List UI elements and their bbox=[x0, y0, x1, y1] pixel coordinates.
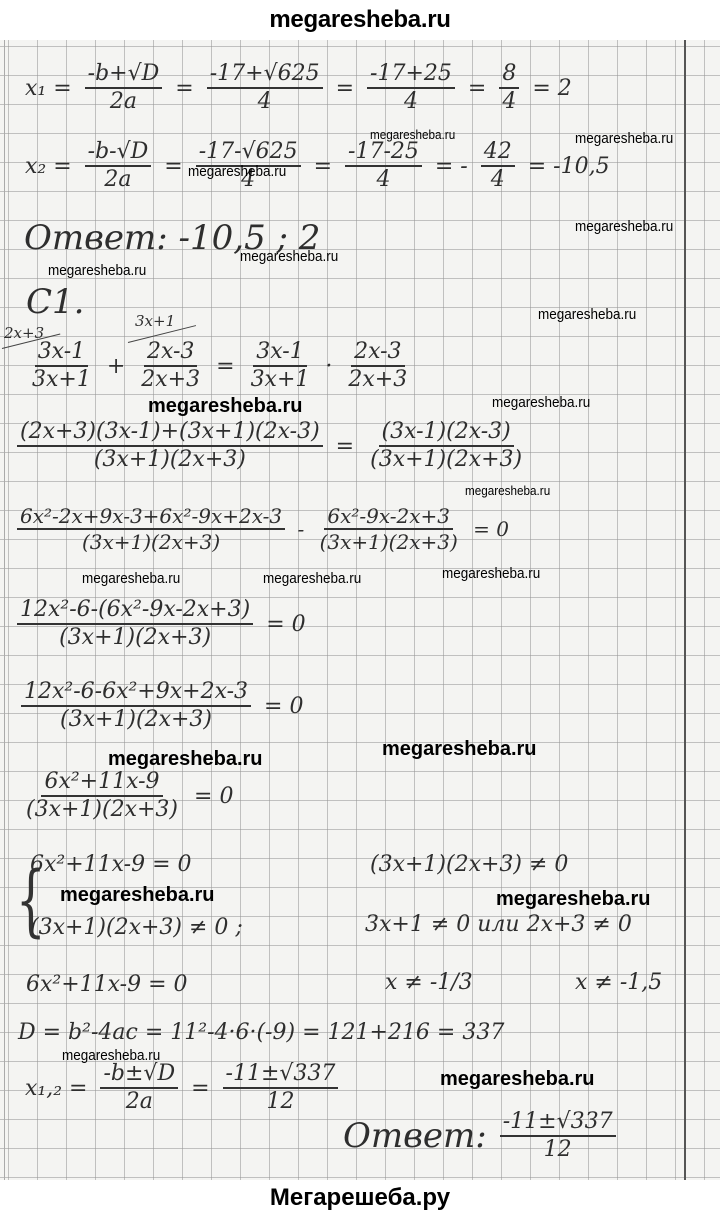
expanded-product-fraction: 6x²-9x-2x+3(3x+1)(2x+3) bbox=[317, 505, 461, 553]
watermark: megaresheba.ru bbox=[440, 1068, 595, 1091]
num: 2x-3 bbox=[351, 340, 404, 367]
step-5-equation: 12x²-6-6x²+9x+2x-3(3x+1)(2x+3) = 0 bbox=[18, 680, 306, 732]
domain-line-2: 3x+1 ≠ 0 или 2x+3 ≠ 0 bbox=[365, 912, 632, 937]
system-line-2: (3x+1)(2x+3) ≠ 0 ; bbox=[30, 915, 243, 940]
domain-line-1: (3x+1)(2x+3) ≠ 0 bbox=[370, 852, 568, 877]
equals-zero: = 0 bbox=[264, 694, 303, 719]
equals: = - bbox=[435, 154, 468, 179]
num: -11±√337 bbox=[223, 1062, 339, 1089]
answer-label: Ответ: bbox=[343, 1116, 487, 1156]
x1-formula-fraction: -b+√D2a bbox=[85, 62, 163, 114]
num: 6x²-9x-2x+3 bbox=[324, 505, 453, 530]
site-header-watermark: megaresheba.ru bbox=[0, 0, 720, 40]
combined-fraction: (2x+3)(3x-1)+(3x+1)(2x-3)(3x+1)(2x+3) bbox=[17, 420, 323, 472]
den: 2x+3 bbox=[345, 367, 410, 392]
den: 2a bbox=[107, 89, 140, 114]
site-footer-watermark: Мегарешеба.ру bbox=[0, 1180, 720, 1216]
x2-result: = -10,5 bbox=[528, 154, 610, 179]
den: (3x+1)(2x+3) bbox=[367, 447, 525, 472]
num: 2x-3 bbox=[144, 340, 197, 367]
domain-exclusion-2: x ≠ -1,5 bbox=[575, 970, 662, 995]
watermark: megaresheba.ru bbox=[370, 127, 455, 142]
equals: = bbox=[336, 434, 354, 459]
x2-formula-fraction: -b-√D2a bbox=[85, 140, 152, 192]
num: 12x²-6-(6x²-9x-2x+3) bbox=[17, 598, 253, 625]
x1-simple-fraction: 84 bbox=[499, 62, 519, 114]
fraction-b: 2x-32x+3 bbox=[138, 340, 203, 392]
watermark: megaresheba.ru bbox=[492, 394, 590, 411]
watermark: megaresheba.ru bbox=[240, 248, 338, 265]
step-2-equation: (2x+3)(3x-1)+(3x+1)(2x-3)(3x+1)(2x+3) = … bbox=[14, 420, 528, 472]
equals-zero: = 0 bbox=[473, 517, 509, 541]
step-4-equation: 12x²-6-(6x²-9x-2x+3)(3x+1)(2x+3) = 0 bbox=[14, 598, 309, 650]
x1-equation: x₁ = -b+√D2a = -17+√6254 = -17+254 = 84 … bbox=[22, 62, 575, 114]
num: 3x-1 bbox=[35, 340, 88, 367]
discriminant-line: D = b²-4ac = 11²-4·6·(-9) = 121+216 = 33… bbox=[18, 1020, 504, 1045]
num: -b±√D bbox=[100, 1062, 178, 1089]
product-fraction: (3x-1)(2x-3)(3x+1)(2x+3) bbox=[367, 420, 525, 472]
num: -17-25 bbox=[345, 140, 422, 167]
watermark: megaresheba.ru bbox=[465, 483, 550, 498]
den: 3x+1 bbox=[29, 367, 94, 392]
equals-zero: = 0 bbox=[194, 784, 233, 809]
den: (3x+1)(2x+3) bbox=[317, 530, 461, 553]
watermark: megaresheba.ru bbox=[496, 888, 651, 911]
watermark: megaresheba.ru bbox=[82, 570, 180, 587]
domain-exclusion-1: x ≠ -1/3 bbox=[385, 970, 473, 995]
den: (3x+1)(2x+3) bbox=[91, 447, 249, 472]
den: 4 bbox=[373, 167, 393, 192]
num: -b+√D bbox=[85, 62, 163, 89]
fraction-c: 3x-13x+1 bbox=[248, 340, 313, 392]
task-label: С1. bbox=[26, 282, 84, 322]
expanded-fraction: 6x²-2x+9x-3+6x²-9x+2x-3(3x+1)(2x+3) bbox=[17, 505, 285, 553]
num: 42 bbox=[481, 140, 515, 167]
multiplier-hint-right: 3x+1 bbox=[135, 312, 175, 330]
answer-fraction: -11±√33712 bbox=[500, 1110, 616, 1162]
roots-lhs: x₁,₂ = bbox=[25, 1076, 87, 1101]
times-sign: · bbox=[325, 354, 332, 379]
quadratic-equation: 6x²+11x-9 = 0 bbox=[26, 972, 188, 997]
equals-zero: = 0 bbox=[266, 612, 305, 637]
den: 3x+1 bbox=[248, 367, 313, 392]
den: (3x+1)(2x+3) bbox=[23, 797, 181, 822]
roots-equation: x₁,₂ = -b±√D2a = -11±√33712 bbox=[22, 1062, 341, 1114]
fraction: 12x²-6-(6x²-9x-2x+3)(3x+1)(2x+3) bbox=[17, 598, 253, 650]
watermark: megaresheba.ru bbox=[148, 395, 303, 418]
num: 3x-1 bbox=[253, 340, 306, 367]
num: (3x-1)(2x-3) bbox=[379, 420, 514, 447]
watermark: megaresheba.ru bbox=[188, 163, 286, 180]
num: -b-√D bbox=[85, 140, 152, 167]
x2-lhs: x₂ = bbox=[25, 154, 72, 179]
den: (3x+1)(2x+3) bbox=[56, 625, 214, 650]
num: (2x+3)(3x-1)+(3x+1)(2x-3) bbox=[17, 420, 323, 447]
fraction-a: 3x-13x+1 bbox=[29, 340, 94, 392]
watermark: megaresheba.ru bbox=[108, 748, 263, 771]
system-line-1: 6x²+11x-9 = 0 bbox=[30, 852, 192, 877]
x2-simple-fraction: 424 bbox=[481, 140, 515, 192]
num: 8 bbox=[499, 62, 519, 89]
watermark: megaresheba.ru bbox=[60, 884, 215, 907]
watermark: megaresheba.ru bbox=[382, 738, 537, 761]
x1-sub-fraction: -17+√6254 bbox=[207, 62, 323, 114]
watermark: megaresheba.ru bbox=[263, 570, 361, 587]
fraction-d: 2x-32x+3 bbox=[345, 340, 410, 392]
paper-left-edge bbox=[4, 40, 5, 1180]
step-1-equation: 3x-13x+1 + 2x-32x+3 = 3x-13x+1 · 2x-32x+… bbox=[26, 340, 413, 392]
den: 12 bbox=[263, 1089, 297, 1114]
num: 6x²+11x-9 bbox=[41, 770, 162, 797]
num: -17+25 bbox=[367, 62, 455, 89]
watermark: megaresheba.ru bbox=[442, 565, 540, 582]
x1-lhs: x₁ = bbox=[25, 76, 72, 101]
final-answer: Ответ: -11±√33712 bbox=[340, 1110, 619, 1162]
equals: = bbox=[314, 154, 332, 179]
x1-eval-fraction: -17+254 bbox=[367, 62, 455, 114]
den: (3x+1)(2x+3) bbox=[57, 707, 215, 732]
x2-equation: x₂ = -b-√D2a = -17-√6254 = -17-254 = - 4… bbox=[22, 140, 613, 192]
step-6-equation: 6x²+11x-9(3x+1)(2x+3) = 0 bbox=[20, 770, 236, 822]
watermark: megaresheba.ru bbox=[575, 130, 673, 147]
equals: = bbox=[164, 154, 182, 179]
num: 12x²-6-6x²+9x+2x-3 bbox=[21, 680, 251, 707]
num: 6x²-2x+9x-3+6x²-9x+2x-3 bbox=[17, 505, 285, 530]
watermark: megaresheba.ru bbox=[538, 306, 636, 323]
watermark: megaresheba.ru bbox=[62, 1047, 160, 1064]
den: 4 bbox=[488, 167, 508, 192]
paper-margin-line bbox=[684, 40, 686, 1180]
roots-value-fraction: -11±√33712 bbox=[223, 1062, 339, 1114]
den: 2a bbox=[123, 1089, 156, 1114]
step-3-equation: 6x²-2x+9x-3+6x²-9x+2x-3(3x+1)(2x+3) - 6x… bbox=[14, 505, 512, 553]
fraction: 12x²-6-6x²+9x+2x-3(3x+1)(2x+3) bbox=[21, 680, 251, 732]
den: 12 bbox=[541, 1137, 575, 1162]
minus-sign: - bbox=[297, 517, 304, 541]
den: 4 bbox=[499, 89, 519, 114]
den: 4 bbox=[255, 89, 275, 114]
plus-sign: + bbox=[107, 354, 125, 379]
fraction: 6x²+11x-9(3x+1)(2x+3) bbox=[23, 770, 181, 822]
den: 4 bbox=[401, 89, 421, 114]
den: 2a bbox=[101, 167, 134, 192]
equals: = bbox=[191, 1076, 209, 1101]
equals: = bbox=[175, 76, 193, 101]
num: -11±√337 bbox=[500, 1110, 616, 1137]
den: (3x+1)(2x+3) bbox=[79, 530, 223, 553]
roots-formula-fraction: -b±√D2a bbox=[100, 1062, 178, 1114]
x1-result: = 2 bbox=[532, 76, 571, 101]
den: 2x+3 bbox=[138, 367, 203, 392]
watermark: megaresheba.ru bbox=[575, 218, 673, 235]
watermark: megaresheba.ru bbox=[48, 262, 146, 279]
equals: = bbox=[468, 76, 486, 101]
equals: = bbox=[216, 354, 234, 379]
num: -17+√625 bbox=[207, 62, 323, 89]
x2-eval-fraction: -17-254 bbox=[345, 140, 422, 192]
equals: = bbox=[336, 76, 354, 101]
